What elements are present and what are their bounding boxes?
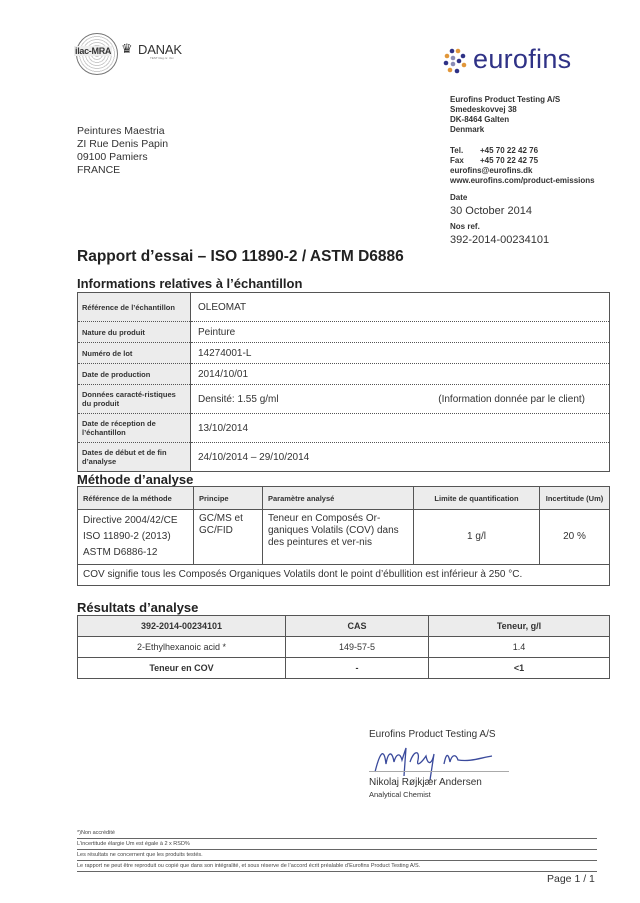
- parametre-value: Teneur en Composés Or-ganiques Volatils …: [263, 510, 414, 565]
- signature-line: [369, 771, 509, 772]
- results-table: 392-2014-00234101 CAS Teneur, g/l 2-Ethy…: [77, 615, 610, 679]
- table-header-row: 392-2014-00234101 CAS Teneur, g/l: [78, 616, 610, 637]
- row-value: Peinture: [191, 322, 610, 343]
- page-number: Page 1 / 1: [547, 873, 595, 885]
- table-row: Teneur en COV - <1: [78, 658, 610, 679]
- recipient-line: Peintures Maestria: [77, 125, 168, 138]
- teneur-value: 1.4: [429, 637, 610, 658]
- method-references: Directive 2004/42/CE ISO 11890-2 (2013) …: [78, 510, 194, 565]
- column-header: CAS: [286, 616, 429, 637]
- signatory-role: Analytical Chemist: [369, 790, 431, 799]
- website-link[interactable]: www.eurofins.com/product-emissions: [450, 176, 595, 186]
- issuer-contact: Tel.+45 70 22 42 76 Fax+45 70 22 42 75 e…: [450, 146, 595, 186]
- method-reference: ASTM D6886-12: [83, 545, 188, 561]
- eurofins-dots-icon: [443, 48, 469, 74]
- table-row: Dates de début et de fin d’analyse 24/10…: [78, 443, 610, 472]
- table-row: Référence de l’échantillon OLEOMAT: [78, 293, 610, 322]
- signatory-name: Nikolaj Røjkjær Andersen: [369, 777, 482, 788]
- row-value: 2014/10/01: [191, 364, 610, 385]
- results-heading: Résultats d’analyse: [77, 600, 198, 615]
- recipient-line: 09100 Pamiers: [77, 151, 168, 164]
- footer-line: Le rapport ne peut être reproduit ou cop…: [77, 861, 597, 872]
- date-value: 30 October 2014: [450, 205, 532, 217]
- method-reference: ISO 11890-2 (2013): [83, 529, 188, 545]
- row-label: Données caracté-ristiques du produit: [78, 385, 191, 414]
- ilac-mra-text: ilac-MRA: [74, 46, 112, 56]
- teneur-value: <1: [429, 658, 610, 679]
- table-header-row: Référence de la méthode Principe Paramèt…: [78, 487, 610, 510]
- limite-value: 1 g/l: [414, 510, 540, 565]
- incertitude-value: 20 %: [540, 510, 610, 565]
- email-link[interactable]: eurofins@eurofins.dk: [450, 166, 595, 176]
- tel-value: +45 70 22 42 76: [480, 146, 538, 155]
- compound-name: 2-Ethylhexanoic acid *: [78, 637, 286, 658]
- row-label: Dates de début et de fin d’analyse: [78, 443, 191, 472]
- table-row: Date de réception de l’échantillon 13/10…: [78, 414, 610, 443]
- method-table: Référence de la méthode Principe Paramèt…: [77, 486, 610, 586]
- eurofins-logo: eurofins: [473, 44, 571, 75]
- reference-value: 392-2014-00234101: [450, 234, 549, 246]
- issuer-address: Eurofins Product Testing A/S Smedeskovve…: [450, 95, 560, 135]
- report-title: Rapport d’essai – ISO 11890-2 / ASTM D68…: [77, 248, 404, 266]
- column-header: Teneur, g/l: [429, 616, 610, 637]
- column-header: Limite de quantification: [414, 487, 540, 510]
- footer-line: *)Non accrédité: [77, 828, 597, 839]
- table-row: Nature du produit Peinture: [78, 322, 610, 343]
- danak-logo: DANAK: [138, 42, 182, 57]
- column-header: Paramètre analysé: [263, 487, 414, 510]
- recipient-line: ZI Rue Denis Papin: [77, 138, 168, 151]
- table-row: Numéro de lot 14274001-L: [78, 343, 610, 364]
- row-value: Densité: 1.55 g/ml (Information donnée p…: [191, 385, 610, 414]
- row-value: 14274001-L: [191, 343, 610, 364]
- cas-number: -: [286, 658, 429, 679]
- crown-icon: ♛: [121, 41, 133, 57]
- column-header: Référence de la méthode: [78, 487, 194, 510]
- recipient-line: FRANCE: [77, 164, 168, 177]
- column-header: Principe: [194, 487, 263, 510]
- danak-sub: TEST Reg.nr. 3xx: [150, 56, 174, 60]
- date-label: Date: [450, 193, 467, 202]
- signature-company: Eurofins Product Testing A/S: [369, 729, 496, 740]
- signature-icon: [370, 742, 510, 782]
- client-info-note: (Information donnée par le client): [438, 394, 585, 405]
- row-value: 13/10/2014: [191, 414, 610, 443]
- column-header: 392-2014-00234101: [78, 616, 286, 637]
- fax-label: Fax: [450, 156, 480, 166]
- sample-info-heading: Informations relatives à l’échantillon: [77, 276, 302, 291]
- row-value: OLEOMAT: [191, 293, 610, 322]
- table-row: 2-Ethylhexanoic acid * 149-57-5 1.4: [78, 637, 610, 658]
- footer-notes: *)Non accrédité L’incertitude élargie Um…: [77, 828, 597, 872]
- row-label: Nature du produit: [78, 322, 191, 343]
- method-heading: Méthode d’analyse: [77, 472, 193, 487]
- issuer-line: Denmark: [450, 125, 560, 135]
- row-label: Date de production: [78, 364, 191, 385]
- row-value: 24/10/2014 – 29/10/2014: [191, 443, 610, 472]
- issuer-line: Smedeskovvej 38: [450, 105, 560, 115]
- column-header: Incertitude (Um): [540, 487, 610, 510]
- table-row: Données caracté-ristiques du produit Den…: [78, 385, 610, 414]
- table-row: Directive 2004/42/CE ISO 11890-2 (2013) …: [78, 510, 610, 565]
- issuer-line: DK-8464 Galten: [450, 115, 560, 125]
- row-label: Date de réception de l’échantillon: [78, 414, 191, 443]
- row-label: Référence de l’échantillon: [78, 293, 191, 322]
- method-reference: Directive 2004/42/CE: [83, 513, 188, 529]
- table-row: Date de production 2014/10/01: [78, 364, 610, 385]
- fax-value: +45 70 22 42 75: [480, 156, 538, 165]
- principe-value: GC/MS et GC/FID: [194, 510, 263, 565]
- cov-definition-note: COV signifie tous les Composés Organique…: [78, 565, 610, 586]
- row-label: Numéro de lot: [78, 343, 191, 364]
- issuer-line: Eurofins Product Testing A/S: [450, 95, 560, 105]
- density-value: Densité: 1.55 g/ml: [198, 394, 279, 405]
- sample-info-table: Référence de l’échantillon OLEOMAT Natur…: [77, 292, 610, 472]
- reference-label: Nos ref.: [450, 222, 480, 231]
- footer-line: L’incertitude élargie Um est égale à 2 x…: [77, 839, 597, 850]
- footer-line: Les résultats ne concernent que les prod…: [77, 850, 597, 861]
- recipient-address: Peintures Maestria ZI Rue Denis Papin 09…: [77, 125, 168, 177]
- tel-label: Tel.: [450, 146, 480, 156]
- table-row: COV signifie tous les Composés Organique…: [78, 565, 610, 586]
- cas-number: 149-57-5: [286, 637, 429, 658]
- compound-name: Teneur en COV: [78, 658, 286, 679]
